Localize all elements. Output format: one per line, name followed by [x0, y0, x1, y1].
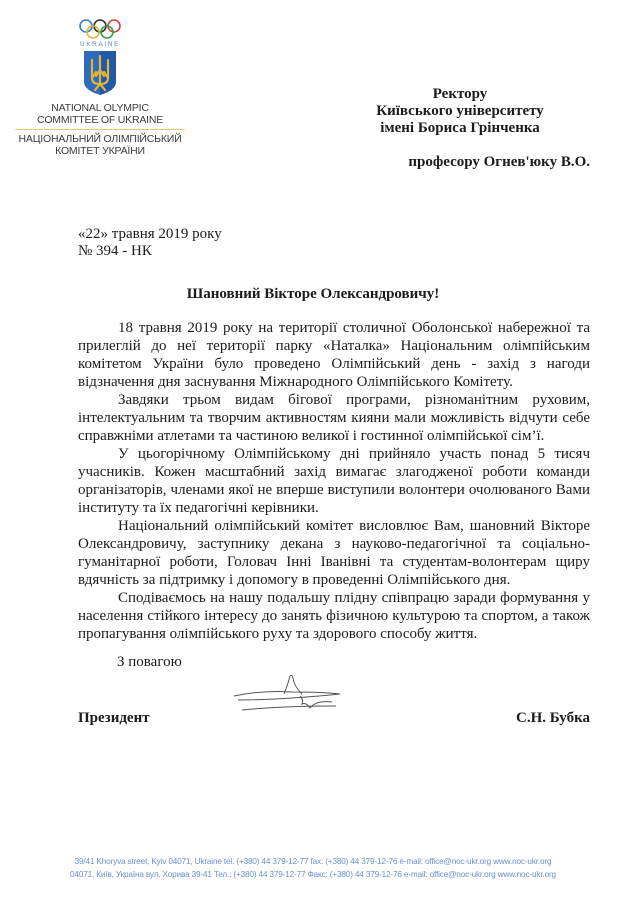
olympic-rings-icon — [78, 18, 122, 40]
trident-shield-icon — [83, 50, 117, 96]
signature-icon — [232, 670, 352, 714]
addressee-line1: Ректору — [330, 86, 590, 103]
paragraph: Національний олімпійський комітет вислов… — [78, 517, 590, 589]
addressee-line4: професору Огнев'юку В.О. — [330, 154, 590, 171]
signatory-title: Президент — [78, 710, 150, 727]
addressee-line2: Київського університету — [330, 103, 590, 120]
noc-name-ua-line2: КОМІТЕТ УКРАЇНИ — [0, 145, 200, 157]
paragraph: Завдяки трьом видам бігової програми, рі… — [78, 391, 590, 445]
noc-name-ua: НАЦІОНАЛЬНИЙ ОЛІМПІЙСЬКИЙ КОМІТЕТ УКРАЇН… — [0, 133, 200, 157]
noc-name-en-line2: COMMITTEE OF UKRAINE — [0, 114, 200, 126]
noc-name-ua-line1: НАЦІОНАЛЬНИЙ ОЛІМПІЙСЬКИЙ — [0, 133, 200, 145]
footer-address-en: 39/41 Khoryva street, Kyiv 04071, Ukrain… — [0, 855, 626, 868]
letter-number: № 394 - НК — [78, 243, 222, 260]
salutation: Шановний Вікторе Олександровичу! — [0, 286, 626, 303]
closing-regards: З повагою — [117, 654, 182, 671]
addressee-block: Ректору Київського університету імені Бо… — [330, 86, 590, 171]
footer-address-ua: 04071, Київ, Україна вул. Хорива 39-41 Т… — [0, 868, 626, 881]
letter-meta: «22» травня 2019 року № 394 - НК — [78, 226, 222, 260]
addressee-line3: імені Бориса Грінченка — [330, 120, 590, 137]
letter-date: «22» травня 2019 року — [78, 226, 222, 243]
paragraph: 18 травня 2019 року на території столичн… — [78, 319, 590, 391]
signatory-name: С.Н. Бубка — [516, 710, 590, 727]
noc-name-en-line1: NATIONAL OLYMPIC — [0, 102, 200, 114]
letterhead-logo: UKRAINE NATIONAL OLYMPIC COMMITTEE OF UK… — [0, 18, 200, 157]
paragraph: Сподіваємось на нашу подальшу плідну спі… — [78, 589, 590, 643]
noc-name-en: NATIONAL OLYMPIC COMMITTEE OF UKRAINE — [0, 102, 200, 126]
paragraph: У цьогорічному Олімпійському дні прийнял… — [78, 445, 590, 517]
letterhead-footer: 39/41 Khoryva street, Kyiv 04071, Ukrain… — [0, 855, 626, 881]
emblem-label: UKRAINE — [0, 41, 200, 48]
letter-body: 18 травня 2019 року на території столичн… — [78, 319, 590, 643]
letterhead-divider — [15, 129, 185, 130]
